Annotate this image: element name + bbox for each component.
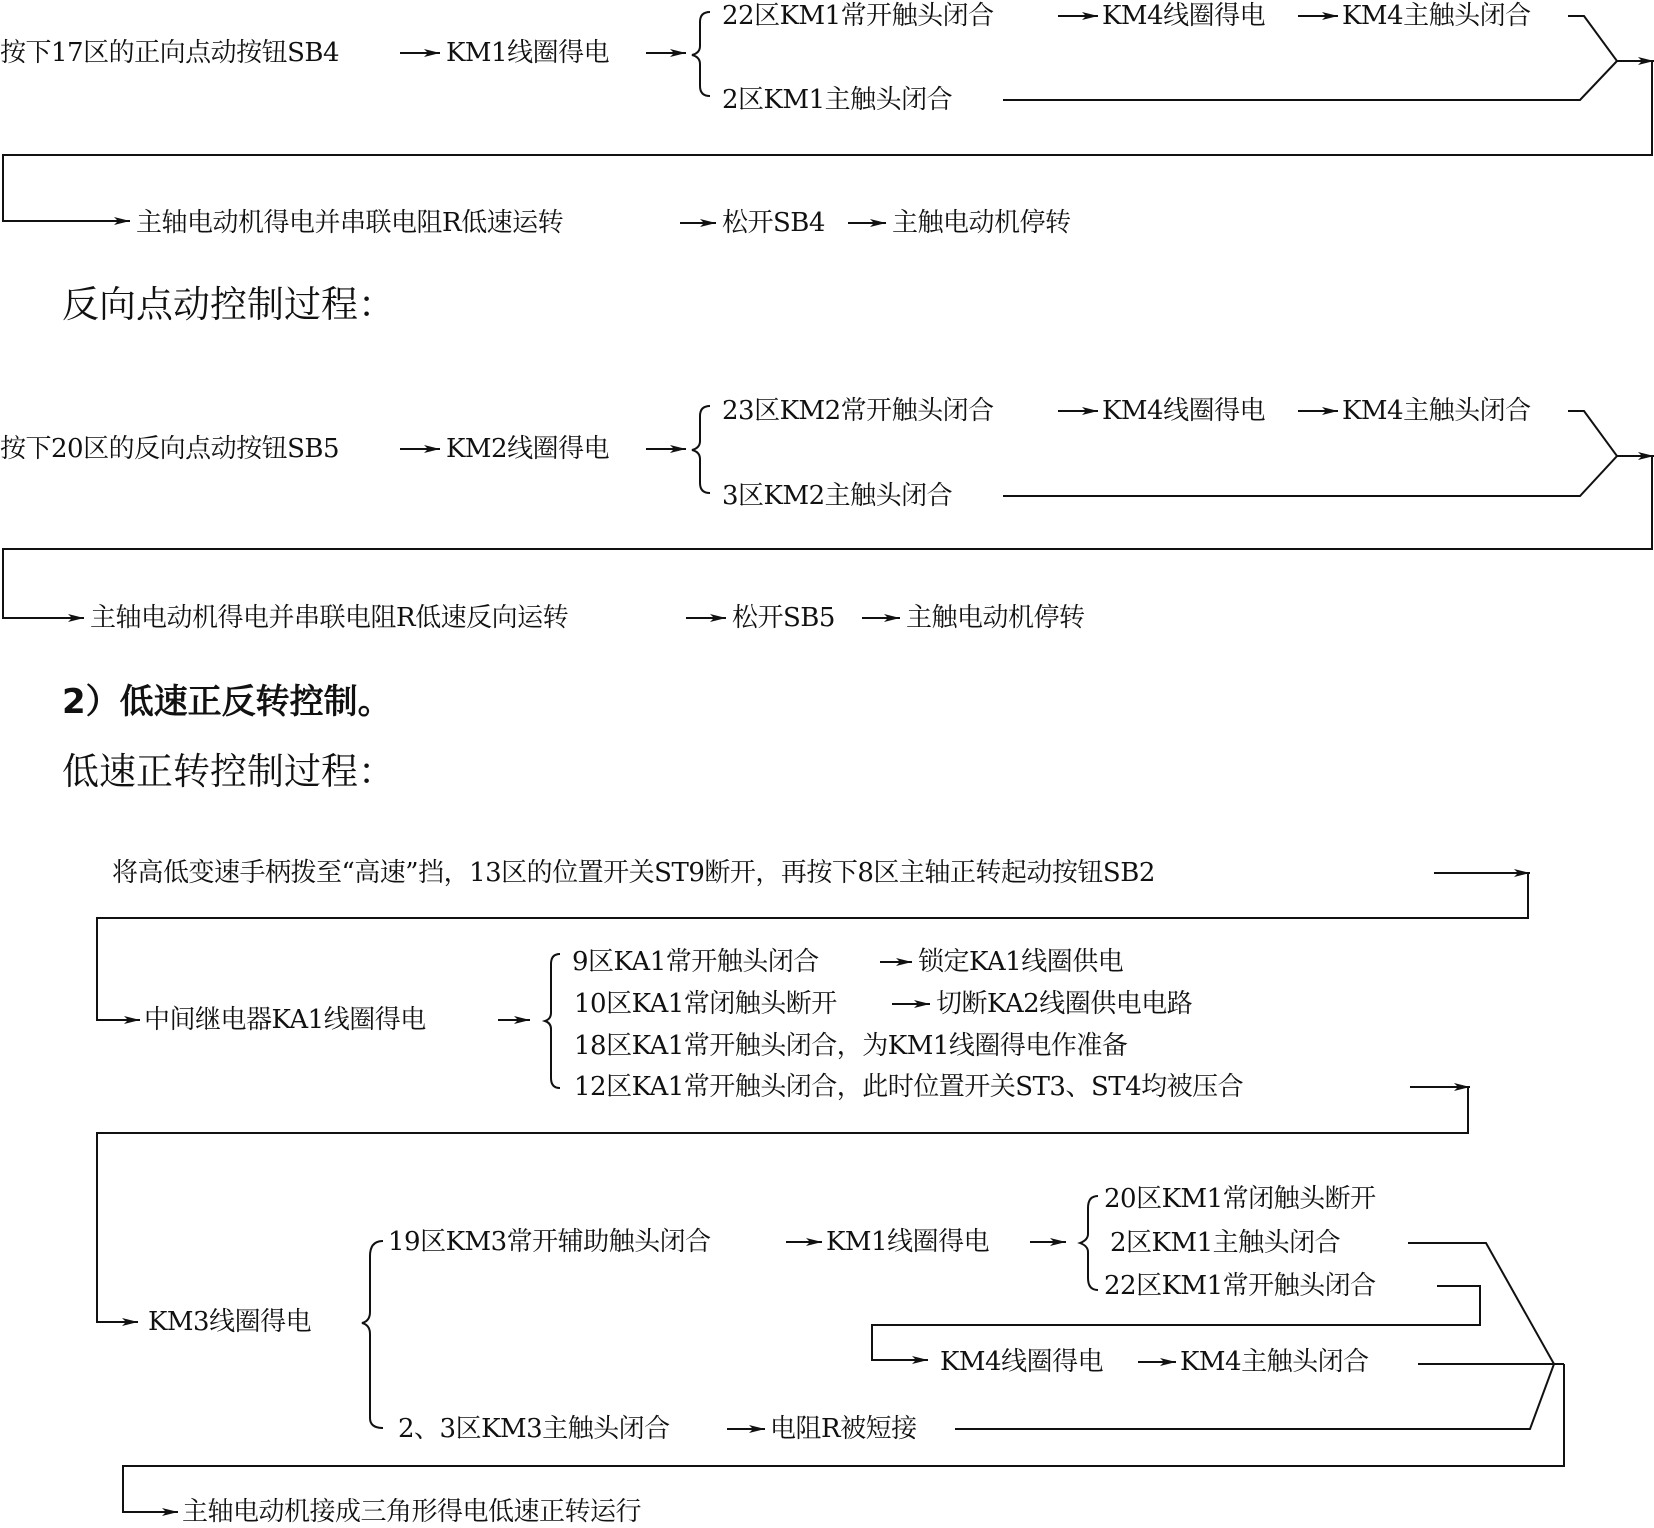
flow-step-coil: KM2线圈得电	[446, 434, 609, 464]
flow-step-branch-top-2: KM4线圈得电	[1102, 396, 1265, 426]
km3-branch-bottom-result: 电阻R被短接	[770, 1414, 917, 1444]
flow-step-branch-top-3: KM4主触头闭合	[1342, 396, 1531, 426]
km3-branch-bottom: 2、3区KM3主触头闭合	[398, 1414, 670, 1444]
ka1-branch-3: 18区KA1常开触头闭合，为KM1线圈得电作准备	[574, 1031, 1127, 1061]
flow-step-branch-bottom: 3区KM2主触头闭合	[722, 481, 952, 511]
flow-step-ka1-coil: 中间继电器KA1线圈得电	[144, 1005, 426, 1035]
flow-step-start: 按下20区的反向点动按钮SB5	[0, 434, 339, 464]
join-line	[1408, 1243, 1554, 1364]
heading-reverse-jog: 反向点动控制过程：	[62, 283, 395, 327]
flow-step-result-3: 主触电动机停转	[892, 208, 1071, 238]
flow-step-result-1: 主轴电动机得电并串联电阻R低速反向运转	[90, 603, 568, 633]
flow-step-start: 按下17区的正向点动按钮SB4	[0, 38, 339, 68]
flow-step-branch-top-1: 22区KM1常开触头闭合	[722, 1, 994, 31]
flow-step-km1-coil: KM1线圈得电	[826, 1227, 989, 1257]
ka1-branch-2-result: 切断KA2线圈供电电路	[936, 989, 1192, 1019]
ka1-branch-4: 12区KA1常开触头闭合，此时位置开关ST3、ST4均被压合	[574, 1072, 1243, 1102]
brace-icon	[692, 406, 710, 493]
flow-step-branch-top-2: KM4线圈得电	[1102, 1, 1265, 31]
flow-step-km4-coil: KM4线圈得电	[940, 1347, 1103, 1377]
km3-branch-top: 19区KM3常开辅助触头闭合	[388, 1227, 711, 1257]
heading-low-speed-forward: 低速正转控制过程：	[62, 750, 395, 794]
brace-icon	[362, 1241, 383, 1428]
heading-low-speed-control: 2）低速正反转控制。	[62, 680, 392, 724]
brace-icon	[1080, 1196, 1098, 1290]
km1-branch-2: 2区KM1主触头闭合	[1110, 1228, 1340, 1258]
flow-step-result-2: 松开SB5	[732, 603, 835, 633]
flow-step-result-2: 松开SB4	[722, 208, 825, 238]
flow-step-coil: KM1线圈得电	[446, 38, 609, 68]
ka1-branch-2: 10区KA1常闭触头断开	[574, 989, 837, 1019]
flow-step-branch-top-1: 23区KM2常开触头闭合	[722, 396, 994, 426]
brace-icon	[545, 954, 560, 1088]
flow-step-km4-main: KM4主触头闭合	[1180, 1347, 1369, 1377]
flow-step-branch-bottom: 2区KM1主触头闭合	[722, 85, 952, 115]
km1-branch-3: 22区KM1常开触头闭合	[1104, 1271, 1376, 1301]
flow-step-km3-coil: KM3线圈得电	[148, 1307, 311, 1337]
flow-step-branch-top-3: KM4主触头闭合	[1342, 1, 1531, 31]
ka1-branch-1: 9区KA1常开触头闭合	[572, 947, 819, 977]
flow-step-result-1: 主轴电动机得电并串联电阻R低速运转	[136, 208, 563, 238]
flow-step-start: 将高低变速手柄拨至“高速”挡，13区的位置开关ST9断开，再按下8区主轴正转起动…	[112, 858, 1155, 888]
flow-step-result-3: 主触电动机停转	[906, 603, 1085, 633]
km1-branch-1: 20区KM1常闭触头断开	[1104, 1184, 1376, 1214]
brace-icon	[692, 12, 710, 96]
flow-step-final: 主轴电动机接成三角形得电低速正转运行	[182, 1497, 641, 1527]
ka1-branch-1-result: 锁定KA1线圈供电	[918, 947, 1123, 977]
